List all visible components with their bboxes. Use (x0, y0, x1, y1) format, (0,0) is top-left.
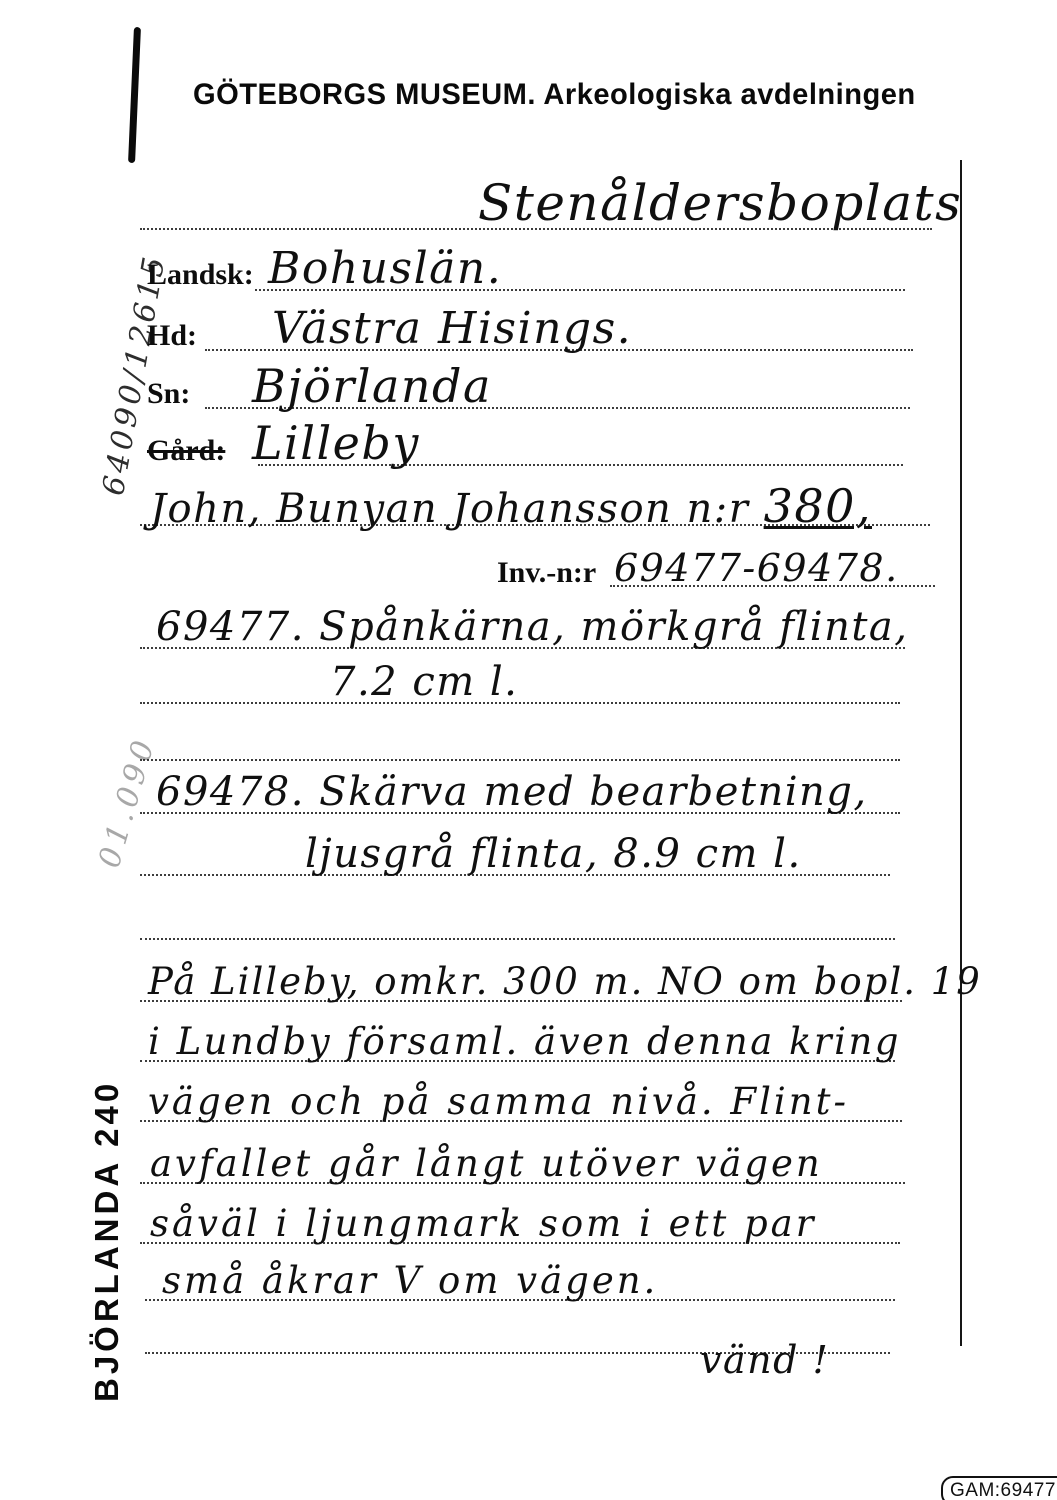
field-label-sn: Sn: (147, 377, 190, 411)
ruled-line (140, 759, 900, 761)
item-line-69477-size: 7.2 cm l. (330, 659, 518, 705)
catalog-id: GAM:69477 (950, 1480, 1056, 1500)
inventory-label: Inv.-n:r (497, 556, 596, 590)
description-line: avfallet går långt utöver vägen (150, 1142, 823, 1185)
field-label-landsk: Landsk: (147, 258, 254, 292)
item-line-69478: 69478. Skärva med bearbetning, (156, 769, 868, 815)
description-line: På Lilleby, omkr. 300 m. NO om bopl. 19 (148, 960, 982, 1003)
description-line: vägen och på samma nivå. Flint- (148, 1080, 849, 1123)
description-line: såväl i ljungmark som i ett par (150, 1202, 816, 1245)
margin-faint-number: 01.090 (92, 732, 163, 871)
card-right-border (960, 160, 962, 1346)
site-type-handwritten: Stenåldersboplats (478, 174, 962, 232)
item-line-69478-size: ljusgrå flinta, 8.9 cm l. (305, 831, 802, 877)
finder-number: 380, (764, 479, 872, 533)
field-value-sn: Björlanda (252, 359, 492, 413)
field-value-gard: Lilleby (252, 416, 420, 470)
ruled-line (140, 702, 900, 704)
finder-line: John, Bunyan Johansson n:r 380, (150, 479, 872, 533)
field-label-hd: Hd: (147, 319, 197, 353)
ruled-line (140, 938, 895, 940)
page-title: GÖTEBORGS MUSEUM. Arkeologiska avdelning… (193, 78, 916, 112)
index-card-scan: GÖTEBORGS MUSEUM. Arkeologiska avdelning… (0, 0, 1057, 1500)
description-line: små åkrar V om vägen. (162, 1259, 658, 1302)
inventory-value: 69477-69478. (614, 546, 899, 590)
turn-note: vänd ! (700, 1338, 829, 1382)
field-label-gard: Gård: (147, 434, 225, 468)
finder-name: John, Bunyan Johansson n:r (150, 486, 764, 532)
field-value-hd: Västra Hisings. (272, 303, 632, 354)
description-line: i Lundby församl. även denna kring (148, 1020, 901, 1063)
catalog-id-box: GAM:69477 (941, 1476, 1057, 1500)
item-line-69477: 69477. Spånkärna, mörkgrå flinta, (156, 604, 909, 650)
pen-stroke-mark (128, 27, 141, 163)
field-value-landsk: Bohuslän. (268, 243, 502, 294)
margin-vertical-label: BJÖRLANDA 240 (88, 1080, 126, 1402)
